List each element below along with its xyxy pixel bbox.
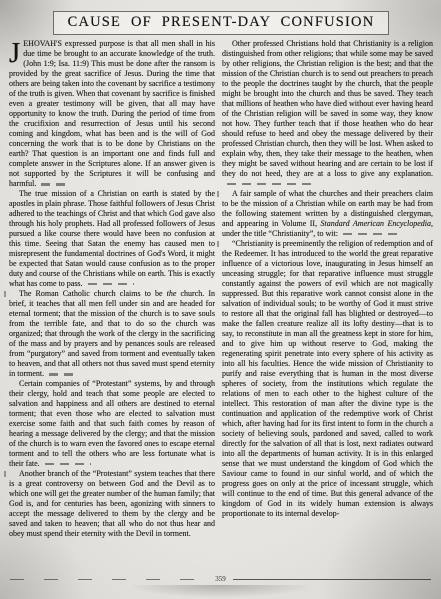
italic-text: Standard American Encyclopedia	[321, 219, 431, 228]
page-title: CAUSE OF PRESENT-DAY CONFUSION	[68, 14, 375, 31]
paragraph-text: EHOVAH'S expressed purpose is that all m…	[9, 39, 215, 188]
paragraph-text: Other professed Christians hold that Chr…	[222, 39, 433, 178]
paragraph-encyclopedia-quote: “Christianity is preeminently the religi…	[222, 239, 433, 519]
page-footer: 359	[10, 575, 431, 583]
ink-smudge	[45, 463, 91, 465]
paragraph-text: church. In brief, it teaches that all me…	[9, 289, 215, 378]
paragraph-text: Certain companies of “Protestant” system…	[9, 379, 215, 468]
paragraph-protestant-controversy: Another branch of the “Protestant” syste…	[9, 469, 215, 539]
ink-smudge	[49, 373, 75, 376]
paragraph-protestant-election: Certain companies of “Protestant” system…	[9, 379, 215, 469]
paragraph-text: The Roman Catholic church claims to be	[19, 289, 167, 298]
paragraph-other-professed: Other professed Christians hold that Chr…	[222, 39, 433, 189]
title-box: CAUSE OF PRESENT-DAY CONFUSION	[53, 11, 390, 35]
paragraph-text: “Christianity is preeminently the religi…	[222, 239, 433, 518]
italic-text: the	[167, 289, 177, 298]
ink-smudge	[41, 183, 67, 186]
scanned-page: CAUSE OF PRESENT-DAY CONFUSION JEHOVAH'S…	[0, 0, 441, 599]
column-left: JEHOVAH'S expressed purpose is that all …	[9, 39, 215, 539]
footer-rule-left	[10, 579, 208, 580]
page-number: 359	[213, 575, 228, 583]
ink-smudge	[343, 233, 403, 235]
paragraph-roman-catholic: The Roman Catholic church claims to be t…	[9, 289, 215, 379]
paragraph-true-mission: The true mission of a Christian on earth…	[9, 189, 215, 289]
column-right: Other professed Christians hold that Chr…	[222, 39, 433, 539]
text-columns: JEHOVAH'S expressed purpose is that all …	[9, 39, 433, 539]
paragraph-text: Another branch of the “Protestant” syste…	[9, 469, 215, 538]
paragraph-jehovahs-purpose: JEHOVAH'S expressed purpose is that all …	[9, 39, 215, 189]
paragraph-text: The true mission of a Christian on earth…	[9, 189, 215, 288]
paragraph-fair-sample: A fair sample of what the churches and t…	[222, 189, 433, 239]
ink-smudge	[88, 283, 134, 285]
footer-rule-right	[233, 579, 431, 580]
ink-smudge	[227, 183, 311, 185]
drop-cap: J	[9, 39, 23, 66]
